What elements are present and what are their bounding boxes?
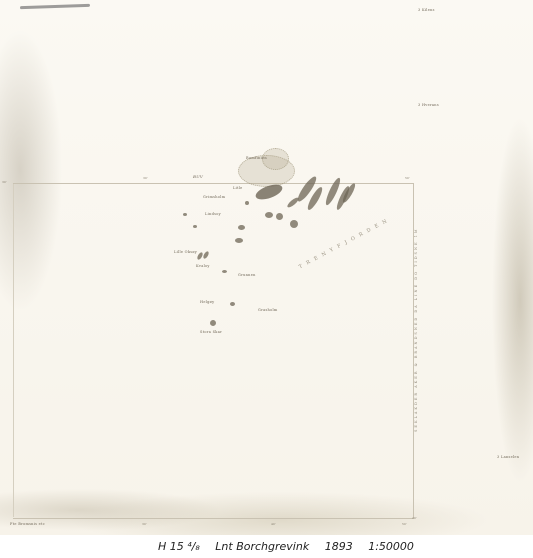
sheet-number: H 15 ⁴/₈ [158,540,200,553]
grid-tick: 30' [143,176,148,180]
corner-label: Fte Bromsnis etc [10,522,45,526]
island [183,213,187,216]
map-frame [13,183,414,519]
grid-tick: 20' [412,516,417,520]
map-caption: H 15 ⁴/₈ Lnt Borchgrevink 1893 1:50000 [158,540,426,553]
island [265,212,273,218]
author: Lnt Borchgrevink [215,540,309,553]
grid-tick: 40' [271,522,276,526]
map-sheet: 30' 30' 50' 30' 40' 50' 20' 3 Kilens 3 H… [0,0,533,540]
margin-note: SEKLAKDER AKER & BRANDSNED DA LINE DO TI… [414,228,418,433]
island [276,213,283,220]
place-label: Helgøy [200,300,214,304]
place-label: Ramfinien [246,156,267,160]
island [193,225,197,228]
place-label: Litle [233,186,243,190]
island [230,302,235,306]
place-label: Grimsholm [203,195,225,199]
fold-mark [20,4,90,9]
grid-tick: 30' [2,180,7,184]
place-label: Grasholm [258,308,278,312]
island [245,201,249,205]
year: 1893 [325,540,353,553]
corner-label: 3 Lanselen [497,455,519,459]
island [290,220,298,228]
grid-tick: 50' [402,522,407,526]
island [235,238,243,243]
island [238,225,245,230]
region-label: BUV [193,174,203,179]
place-label: Lindsoy [205,212,221,216]
place-label: Grunnen [238,273,256,277]
grid-tick: 30' [142,522,147,526]
scale: 1:50000 [368,540,414,553]
grid-tick: 50' [405,176,410,180]
place-label: Stora Skar [200,330,222,334]
corner-label: 3 Kilens [418,8,435,12]
island [222,270,227,273]
corner-label: 3 Hverans [418,103,439,107]
place-label: Lille Oksøy [174,250,197,254]
place-label: Kvaloy [196,264,210,268]
